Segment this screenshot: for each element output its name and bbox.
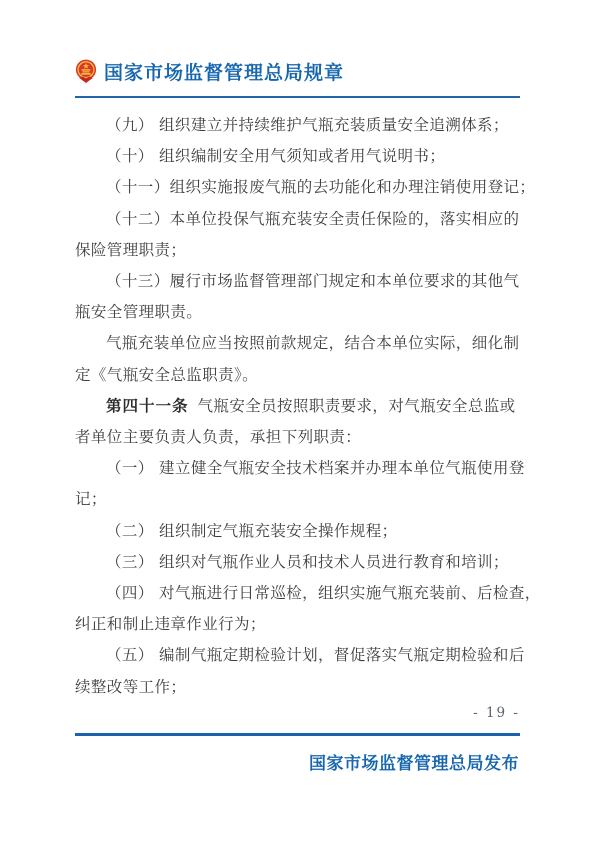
body-line: 记； — [75, 484, 540, 515]
footer-publisher: 国家市场监督管理总局发布 — [309, 749, 519, 774]
body-line: 瓶安全管理职责。 — [75, 297, 540, 328]
body-line: （一） 建立健全气瓶安全技术档案并办理本单位气瓶使用登 — [75, 453, 540, 484]
body-line: 续整改等工作； — [75, 672, 540, 703]
body-line: （二） 组织制定气瓶充装安全操作规程； — [75, 516, 540, 547]
page-header: 国家市场监督管理总局规章 — [75, 58, 344, 85]
header-title: 国家市场监督管理总局规章 — [104, 58, 344, 85]
body-line: （十三）履行市场监督管理部门规定和本单位要求的其他气 — [75, 266, 540, 297]
body-line: 气瓶充装单位应当按照前款规定，结合本单位实际，细化制 — [75, 328, 540, 359]
body-line: （十） 组织编制安全用气须知或者用气说明书； — [75, 141, 540, 172]
article-text: 气瓶安全员按照职责要求，对气瓶安全总监或 — [198, 397, 516, 415]
body-line: （十二）本单位投保气瓶充装安全责任保险的，落实相应的 — [75, 204, 540, 235]
body-line: 保险管理职责； — [75, 235, 540, 266]
body-line: 定《气瓶安全总监职责》。 — [75, 360, 540, 391]
body-line: （十一）组织实施报废气瓶的去功能化和办理注销使用登记； — [75, 172, 540, 203]
body-line: （三） 组织对气瓶作业人员和技术人员进行教育和培训； — [75, 547, 540, 578]
body-line: 纠正和制止违章作业行为； — [75, 609, 540, 640]
body-line-article-41: 第四十一条气瓶安全员按照职责要求，对气瓶安全总监或 — [75, 391, 540, 422]
china-national-emblem-icon — [75, 59, 97, 84]
article-number: 第四十一条 — [106, 398, 189, 415]
footer-divider — [75, 733, 520, 736]
page-number: - 19 - — [473, 705, 520, 721]
document-page: 国家市场监督管理总局规章 （九） 组织建立并持续维护气瓶充装质量安全追溯体系； … — [0, 0, 595, 842]
body-line: （五） 编制气瓶定期检验计划，督促落实气瓶定期检验和后 — [75, 640, 540, 671]
body-line: （九） 组织建立并持续维护气瓶充装质量安全追溯体系； — [75, 110, 540, 141]
header-divider — [75, 96, 520, 98]
document-body: （九） 组织建立并持续维护气瓶充装质量安全追溯体系； （十） 组织编制安全用气须… — [75, 110, 540, 703]
body-line: 者单位主要负责人负责，承担下列职责： — [75, 422, 540, 453]
body-line: （四） 对气瓶进行日常巡检，组织实施气瓶充装前、后检查， — [75, 578, 540, 609]
